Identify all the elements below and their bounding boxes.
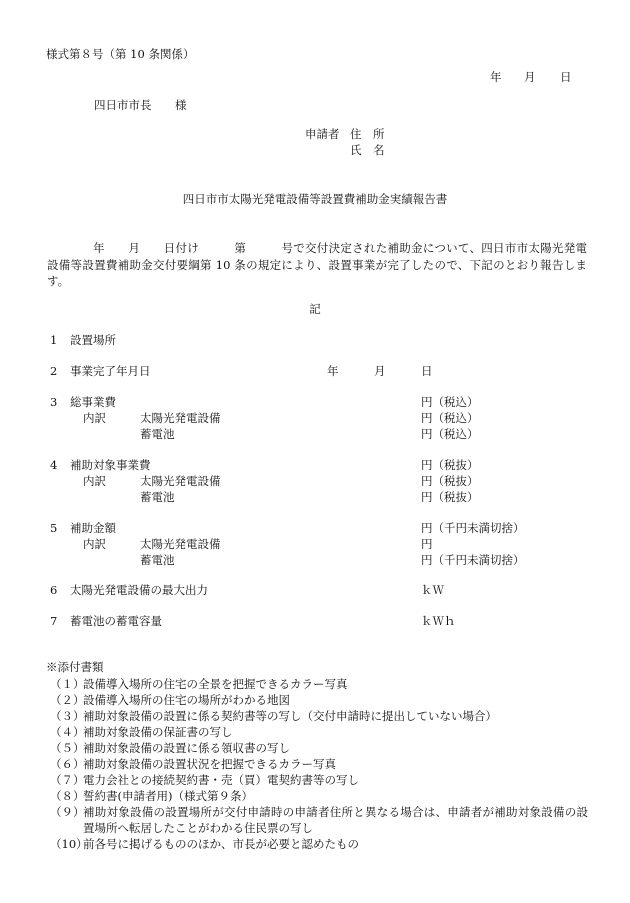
- attachment-text: 前各号に掲げるもののほか、市長が必要と認めたもの: [83, 836, 588, 852]
- sub-item-unit: 円: [421, 536, 433, 552]
- attachment-number: （５）: [50, 740, 85, 756]
- item-6-row: 6 太陽光発電設備の最大出力 ｋＷ: [0, 582, 630, 598]
- attachment-number: （６）: [50, 756, 85, 772]
- sub-item-unit: 円（千円未満切捨）: [421, 552, 525, 568]
- sub-item-unit: 円（税抜）: [421, 489, 479, 505]
- completion-month-label: 月: [374, 363, 386, 379]
- attachment-text: 補助対象設備の保証書の写し: [83, 724, 588, 740]
- item-5-row: 5 補助金額 円（千円未満切捨）: [0, 520, 630, 536]
- item-4-sub-row: 蓄電池 円（税抜）: [0, 489, 630, 505]
- sub-item-label: 太陽光発電設備: [140, 473, 221, 489]
- breakdown-label: 内訳: [83, 473, 106, 489]
- attachment-text: 補助対象設備の設置場所が交付申請時の申請者住所と異なる場合は、申請者が補助対象設…: [83, 804, 588, 836]
- item-unit: ｋＷ: [421, 582, 444, 598]
- item-4-sub-row: 内訳 太陽光発電設備 円（税抜）: [0, 473, 630, 489]
- item-label: 設置場所: [70, 332, 116, 348]
- item-number: 4: [50, 457, 57, 473]
- applicant-address-label: 住 所: [350, 127, 385, 141]
- item-number: 6: [50, 582, 57, 598]
- sub-item-label: 太陽光発電設備: [140, 410, 221, 426]
- attachment-number: （２）: [50, 692, 85, 708]
- sub-item-unit: 円（税抜）: [421, 473, 479, 489]
- attachment-text: 補助対象設備の設置に係る契約書等の写し（交付申請時に提出していない場合）: [83, 708, 588, 724]
- attachment-number: （７）: [50, 772, 85, 788]
- attachment-text: 設備導入場所の住宅の場所がわかる地図: [83, 692, 588, 708]
- item-2-row: 2 事業完了年月日 年 月 日: [0, 363, 630, 379]
- addressee-honorific: 様: [175, 98, 187, 112]
- item-number: 5: [50, 520, 57, 536]
- item-label: 補助対象事業費: [70, 457, 151, 473]
- attachment-number: （８）: [50, 788, 85, 804]
- sub-item-unit: 円（税込）: [421, 410, 479, 426]
- sub-item-label: 蓄電池: [140, 489, 175, 505]
- date-day-label: 日: [560, 70, 572, 84]
- attachment-number: （３）: [50, 708, 85, 724]
- item-number: 7: [50, 613, 57, 629]
- ki-label: 記: [0, 302, 630, 316]
- breakdown-label: 内訳: [83, 536, 106, 552]
- item-number: 1: [50, 332, 57, 348]
- document-title: 四日市市太陽光発電設備等設置費補助金実績報告書: [0, 192, 630, 206]
- breakdown-label: 内訳: [83, 410, 106, 426]
- completion-year-label: 年: [327, 363, 339, 379]
- attachment-text: 設備導入場所の住宅の全景を把握できるカラー写真: [83, 676, 588, 692]
- date-month-label: 月: [524, 70, 536, 84]
- attachments-heading: ※添付書類: [46, 660, 104, 674]
- attachment-number: （９）: [50, 804, 85, 820]
- attachment-text: 電力会社との接続契約書・売（買）電契約書等の写し: [83, 772, 588, 788]
- attachment-text: 補助対象設備の設置に係る領収書の写し: [83, 740, 588, 756]
- item-label: 蓄電池の蓄電容量: [70, 613, 162, 629]
- attachment-text: 補助対象設備の設置状況を把握できるカラー写真: [83, 756, 588, 772]
- item-unit: ｋＷｈ: [421, 613, 456, 629]
- applicant-label: 申請者: [305, 127, 340, 141]
- attachment-number: （１）: [50, 676, 85, 692]
- item-unit: 円（税込）: [421, 394, 479, 410]
- item-7-row: 7 蓄電池の蓄電容量 ｋＷｈ: [0, 613, 630, 629]
- body-paragraph: 年 月 日付け 第 号で交付決定された補助金について、四日市市太陽光発電設備等設…: [47, 240, 587, 290]
- item-label: 補助金額: [70, 520, 116, 536]
- item-5-sub-row: 内訳 太陽光発電設備 円: [0, 536, 630, 552]
- attachment-number: （10）: [50, 836, 88, 852]
- sub-item-unit: 円（税込）: [421, 426, 479, 442]
- item-3-row: 3 総事業費 円（税込）: [0, 394, 630, 410]
- item-unit: 円（税抜）: [421, 457, 479, 473]
- item-number: 2: [50, 363, 57, 379]
- sub-item-label: 蓄電池: [140, 426, 175, 442]
- item-3-sub-row: 蓄電池 円（税込）: [0, 426, 630, 442]
- item-4-row: 4 補助対象事業費 円（税抜）: [0, 457, 630, 473]
- attachment-number: （４）: [50, 724, 85, 740]
- item-3-sub-row: 内訳 太陽光発電設備 円（税込）: [0, 410, 630, 426]
- sub-item-label: 太陽光発電設備: [140, 536, 221, 552]
- item-unit: 円（千円未満切捨）: [421, 520, 525, 536]
- item-number: 3: [50, 394, 57, 410]
- item-5-sub-row: 蓄電池 円（千円未満切捨）: [0, 552, 630, 568]
- item-label: 総事業費: [70, 394, 116, 410]
- date-year-label: 年: [490, 70, 502, 84]
- item-label: 事業完了年月日: [70, 363, 151, 379]
- sub-item-label: 蓄電池: [140, 552, 175, 568]
- item-1-row: 1 設置場所: [0, 332, 630, 348]
- completion-day-label: 日: [421, 363, 433, 379]
- attachment-text: 誓約書(申請者用)（様式第９条）: [83, 788, 588, 804]
- item-label: 太陽光発電設備の最大出力: [70, 582, 208, 598]
- addressee-name: 四日市市長: [94, 98, 152, 112]
- applicant-name-label: 氏 名: [350, 143, 385, 157]
- form-number: 様式第８号（第 10 条関係）: [46, 47, 194, 61]
- attachment-item: （９） 補助対象設備の設置場所が交付申請時の申請者住所と異なる場合は、申請者が補…: [50, 804, 590, 836]
